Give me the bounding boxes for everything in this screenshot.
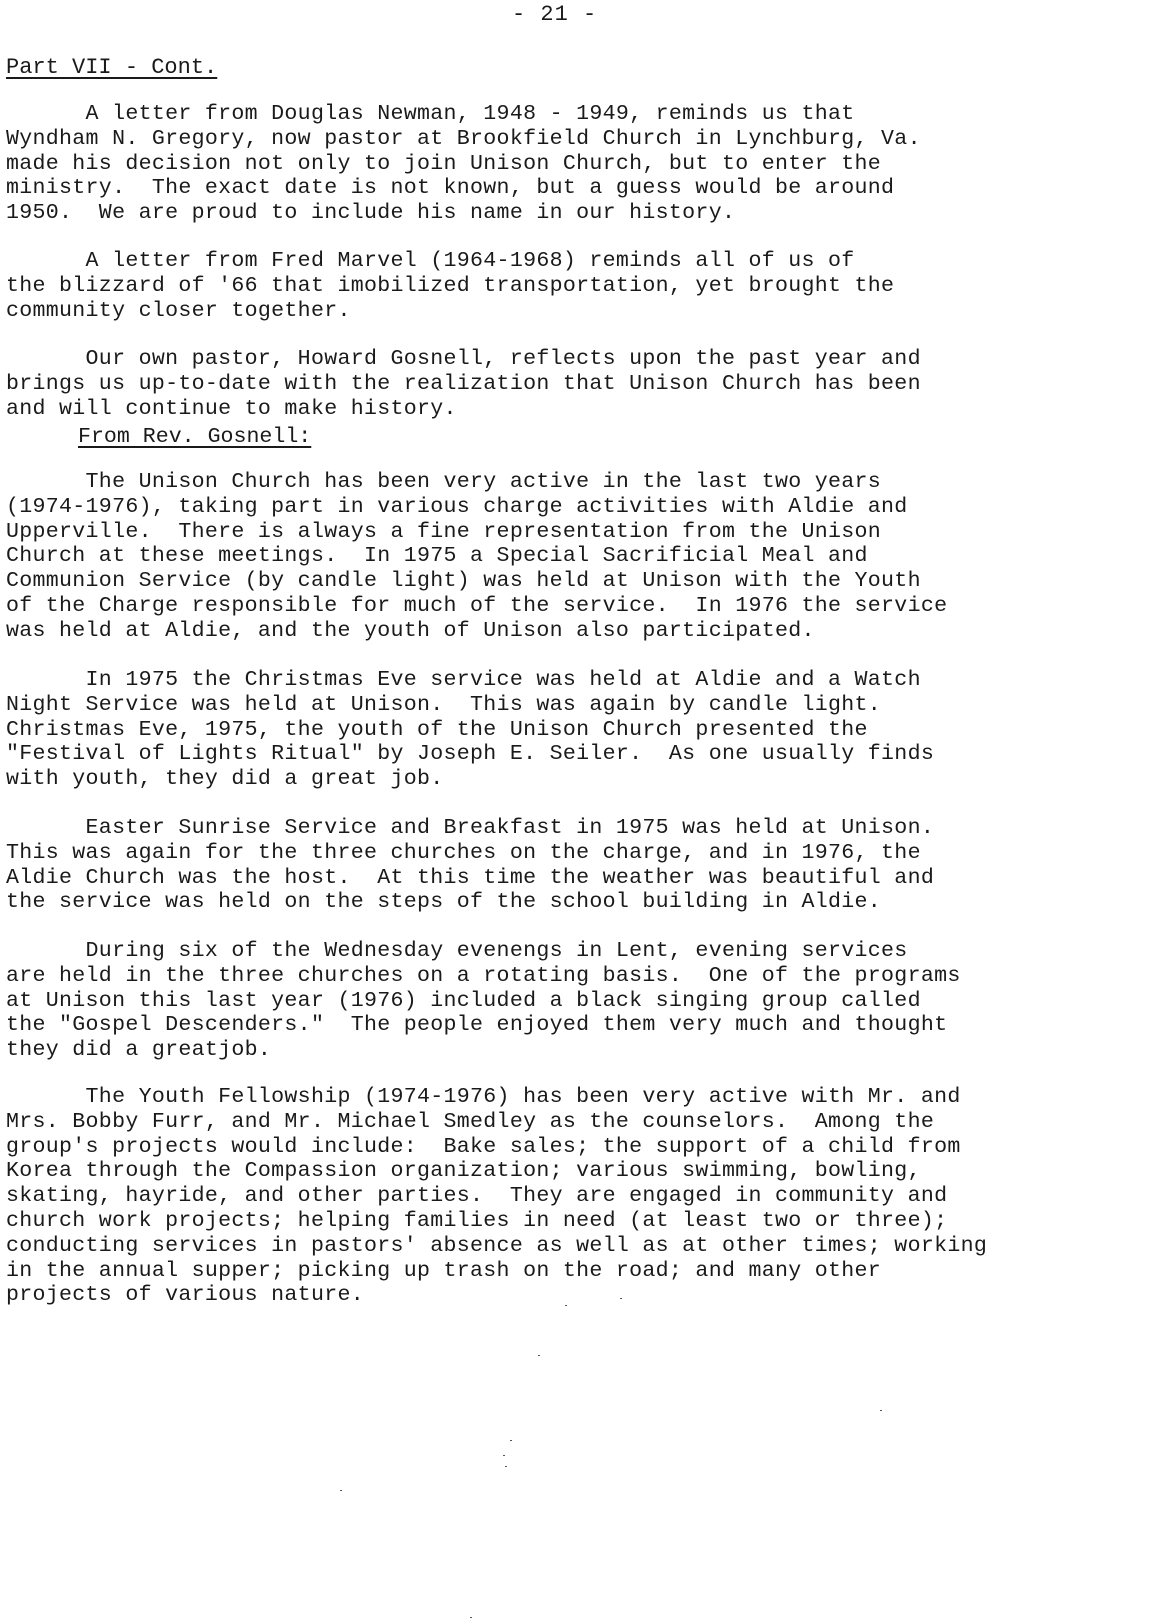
- paragraph-christmas-eve: In 1975 the Christmas Eve service was he…: [6, 668, 934, 792]
- paragraph-marvel-letter: A letter from Fred Marvel (1964-1968) re…: [6, 249, 894, 323]
- text-line: Our own pastor, Howard Gosnell, reflects…: [6, 347, 921, 372]
- text-line: the service was held on the steps of the…: [6, 890, 934, 915]
- text-line: group's projects would include: Bake sal…: [6, 1135, 987, 1160]
- text-line: Christmas Eve, 1975, the youth of the Un…: [6, 718, 934, 743]
- text-line: at Unison this last year (1976) included…: [6, 989, 961, 1014]
- text-line: Easter Sunrise Service and Breakfast in …: [6, 816, 934, 841]
- text-line: This was again for the three churches on…: [6, 841, 934, 866]
- text-line: community closer together.: [6, 299, 894, 324]
- text-line: of the Charge responsible for much of th…: [6, 594, 947, 619]
- text-line: Night Service was held at Unison. This w…: [6, 693, 934, 718]
- text-line: in the annual supper; picking up trash o…: [6, 1259, 987, 1284]
- paragraph-unison-activity: The Unison Church has been very active i…: [6, 470, 947, 644]
- text-line: ministry. The exact date is not known, b…: [6, 176, 921, 201]
- text-line: Aldie Church was the host. At this time …: [6, 866, 934, 891]
- text-line: Wyndham N. Gregory, now pastor at Brookf…: [6, 127, 921, 152]
- text-line: conducting services in pastors' absence …: [6, 1234, 987, 1259]
- text-line: Communion Service (by candle light) was …: [6, 569, 947, 594]
- paragraph-pastor-intro: Our own pastor, Howard Gosnell, reflects…: [6, 347, 921, 421]
- subheading-rev-gosnell: From Rev. Gosnell:: [78, 425, 311, 449]
- text-line: Church at these meetings. In 1975 a Spec…: [6, 544, 947, 569]
- text-line: are held in the three churches on a rota…: [6, 964, 961, 989]
- text-line: A letter from Fred Marvel (1964-1968) re…: [6, 249, 894, 274]
- text-line: During six of the Wednesday evenengs in …: [6, 939, 961, 964]
- text-line: A letter from Douglas Newman, 1948 - 194…: [6, 102, 921, 127]
- text-line: The Unison Church has been very active i…: [6, 470, 947, 495]
- paragraph-lent-services: During six of the Wednesday evenengs in …: [6, 939, 961, 1063]
- text-line: with youth, they did a great job.: [6, 767, 934, 792]
- text-line: was held at Aldie, and the youth of Unis…: [6, 619, 947, 644]
- paragraph-easter-sunrise: Easter Sunrise Service and Breakfast in …: [6, 816, 934, 915]
- text-line: skating, hayride, and other parties. The…: [6, 1184, 987, 1209]
- text-line: The Youth Fellowship (1974-1976) has bee…: [6, 1085, 987, 1110]
- text-line: Upperville. There is always a fine repre…: [6, 520, 947, 545]
- text-line: brings us up-to-date with the realizatio…: [6, 372, 921, 397]
- text-line: In 1975 the Christmas Eve service was he…: [6, 668, 934, 693]
- page-number: - 21 -: [512, 2, 597, 27]
- text-line: Mrs. Bobby Furr, and Mr. Michael Smedley…: [6, 1110, 987, 1135]
- text-line: and will continue to make history.: [6, 397, 921, 422]
- text-line: the "Gospel Descenders." The people enjo…: [6, 1013, 961, 1038]
- text-line: made his decision not only to join Uniso…: [6, 152, 921, 177]
- paragraph-newman-letter: A letter from Douglas Newman, 1948 - 194…: [6, 102, 921, 226]
- text-line: Korea through the Compassion organizatio…: [6, 1159, 987, 1184]
- section-heading: Part VII - Cont.: [6, 55, 217, 80]
- text-line: (1974-1976), taking part in various char…: [6, 495, 947, 520]
- text-line: they did a greatjob.: [6, 1038, 961, 1063]
- text-line: the blizzard of '66 that imobilized tran…: [6, 274, 894, 299]
- text-line: projects of various nature.: [6, 1283, 987, 1308]
- paragraph-youth-fellowship: The Youth Fellowship (1974-1976) has bee…: [6, 1085, 987, 1308]
- text-line: "Festival of Lights Ritual" by Joseph E.…: [6, 742, 934, 767]
- text-line: church work projects; helping families i…: [6, 1209, 987, 1234]
- text-line: 1950. We are proud to include his name i…: [6, 201, 921, 226]
